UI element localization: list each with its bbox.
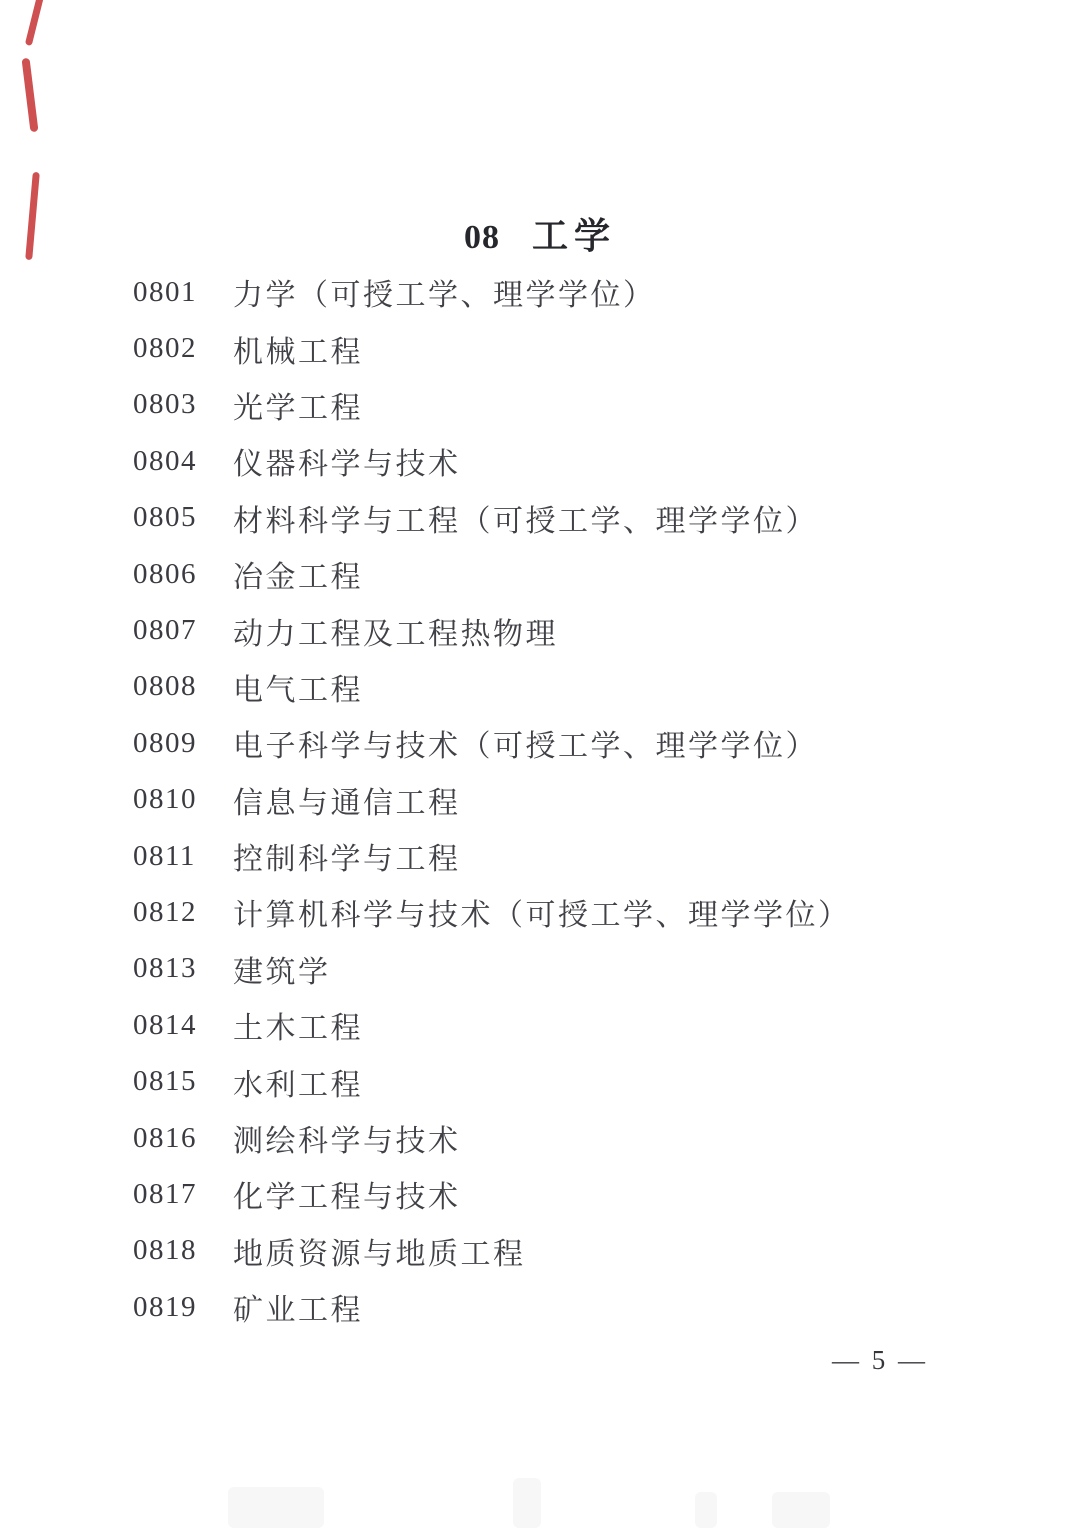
discipline-name: 冶金工程	[233, 552, 363, 596]
document-page: 08工学 0801 力学（可授工学、理学学位） 0802 机械工程 0803 光…	[0, 0, 1080, 1528]
discipline-name: 测绘科学与技术	[233, 1116, 461, 1160]
discipline-code: 0809	[133, 727, 233, 760]
next-page-ghost	[228, 1487, 324, 1528]
list-item: 0808 电气工程	[0, 659, 1080, 715]
discipline-name: 土木工程	[233, 1003, 363, 1047]
discipline-code: 0807	[133, 614, 233, 647]
list-item: 0818 地质资源与地质工程	[0, 1223, 1080, 1279]
category-code: 08	[464, 219, 500, 256]
discipline-name: 电子科学与技术（可授工学、理学学位）	[233, 721, 818, 765]
discipline-code: 0817	[133, 1178, 233, 1211]
list-item: 0819 矿业工程	[0, 1279, 1080, 1335]
discipline-code: 0808	[133, 670, 233, 703]
list-item: 0804 仪器科学与技术	[0, 433, 1080, 489]
discipline-name: 计算机科学与技术（可授工学、理学学位）	[233, 890, 851, 934]
list-item: 0813 建筑学	[0, 941, 1080, 997]
discipline-name: 水利工程	[233, 1060, 363, 1104]
discipline-code: 0805	[133, 501, 233, 534]
discipline-code: 0819	[133, 1291, 233, 1324]
list-item: 0816 测绘科学与技术	[0, 1110, 1080, 1166]
list-item: 0814 土木工程	[0, 997, 1080, 1053]
discipline-code: 0804	[133, 445, 233, 478]
list-item: 0811 控制科学与工程	[0, 828, 1080, 884]
list-item: 0809 电子科学与技术（可授工学、理学学位）	[0, 715, 1080, 771]
discipline-name: 仪器科学与技术	[233, 439, 461, 483]
list-item: 0812 计算机科学与技术（可授工学、理学学位）	[0, 884, 1080, 940]
discipline-name: 地质资源与地质工程	[233, 1229, 526, 1273]
discipline-name: 动力工程及工程热物理	[233, 609, 558, 653]
discipline-code: 0802	[133, 332, 233, 365]
next-page-ghost	[513, 1478, 541, 1528]
discipline-name: 化学工程与技术	[233, 1172, 461, 1216]
discipline-code: 0803	[133, 388, 233, 421]
discipline-code: 0812	[133, 896, 233, 929]
list-item: 0806 冶金工程	[0, 546, 1080, 602]
next-page-ghost	[695, 1492, 717, 1528]
page-number: — 5 —	[832, 1345, 928, 1376]
discipline-name: 控制科学与工程	[233, 834, 461, 878]
discipline-name: 光学工程	[233, 383, 363, 427]
discipline-code: 0806	[133, 558, 233, 591]
discipline-code: 0816	[133, 1122, 233, 1155]
list-item: 0807 动力工程及工程热物理	[0, 602, 1080, 658]
discipline-code: 0811	[133, 840, 233, 873]
discipline-code: 0818	[133, 1234, 233, 1267]
discipline-code: 0813	[133, 952, 233, 985]
discipline-code: 0814	[133, 1009, 233, 1042]
list-item: 0805 材料科学与工程（可授工学、理学学位）	[0, 490, 1080, 546]
discipline-code: 0815	[133, 1065, 233, 1098]
discipline-name: 力学（可授工学、理学学位）	[233, 270, 656, 314]
list-item: 0810 信息与通信工程	[0, 772, 1080, 828]
discipline-code: 0810	[133, 783, 233, 816]
discipline-name: 机械工程	[233, 327, 363, 371]
list-item: 0815 水利工程	[0, 1053, 1080, 1109]
discipline-list: 0801 力学（可授工学、理学学位） 0802 机械工程 0803 光学工程 0…	[0, 264, 1080, 1335]
discipline-name: 信息与通信工程	[233, 778, 461, 822]
list-item: 0801 力学（可授工学、理学学位）	[0, 264, 1080, 320]
category-name: 工学	[532, 215, 616, 256]
discipline-name: 矿业工程	[233, 1285, 363, 1329]
discipline-code: 0801	[133, 276, 233, 309]
list-item: 0802 机械工程	[0, 320, 1080, 376]
page-title: 08工学	[0, 208, 1080, 259]
list-item: 0803 光学工程	[0, 377, 1080, 433]
discipline-name: 材料科学与工程（可授工学、理学学位）	[233, 496, 818, 540]
discipline-name: 建筑学	[233, 947, 331, 991]
list-item: 0817 化学工程与技术	[0, 1166, 1080, 1222]
red-pen-mark	[25, 0, 44, 46]
red-pen-mark	[22, 58, 39, 132]
next-page-ghost	[772, 1492, 830, 1528]
discipline-name: 电气工程	[233, 665, 363, 709]
